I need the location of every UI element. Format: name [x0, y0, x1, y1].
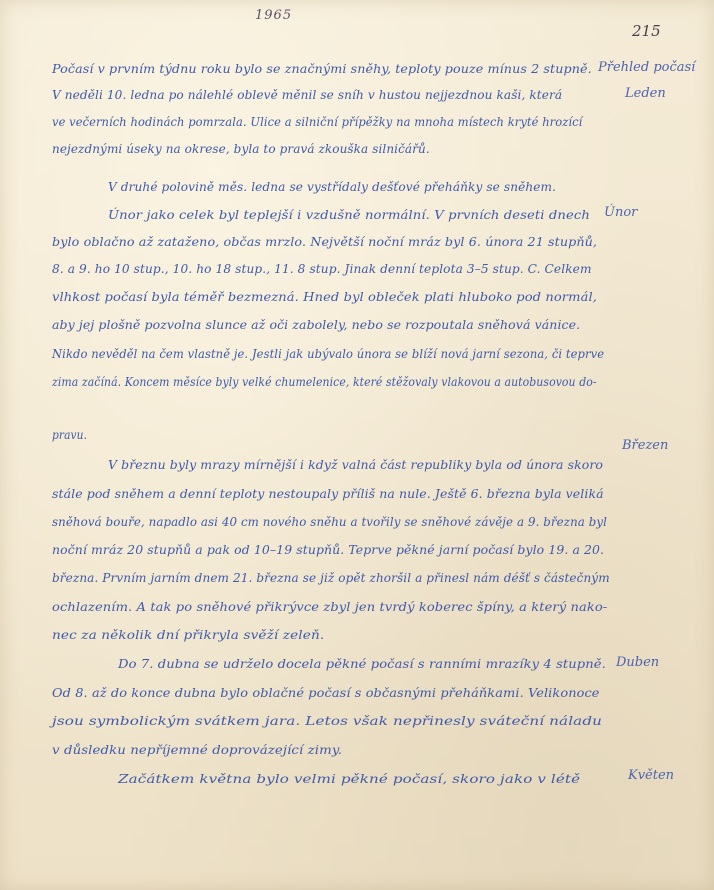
text-line: v důsledku nepříjemné doprovázející zimy…: [52, 743, 342, 757]
text-line: Do 7. dubna se udrželo docela pěkné poča…: [118, 657, 606, 671]
margin-note-may: Květen: [628, 768, 674, 783]
text-line: ochlazením. A tak po sněhové přikrývce z…: [52, 600, 607, 614]
text-line: ve večerních hodinách pomrzala. Ulice a …: [52, 115, 582, 129]
text-line: jsou symbolickým svátkem jara. Letos vša…: [52, 714, 602, 728]
text-line: V druhé polovině měs. ledna se vystřídal…: [108, 180, 556, 194]
text-line: 8. a 9. ho 10 stup., 10. ho 18 stup., 11…: [52, 262, 592, 276]
text-line: Únor jako celek byl teplejší i vzdušně n…: [108, 208, 590, 222]
text-line: aby jej plošně pozvolna slunce až oči za…: [52, 318, 580, 332]
text-line: bylo oblačno až zataženo, občas mrzlo. N…: [52, 235, 597, 249]
text-line: nejezdnými úseky na okrese, byla to prav…: [52, 142, 430, 156]
text-line: pravu.: [52, 428, 87, 442]
text-line: V březnu byly mrazy mírnější i když valn…: [108, 458, 603, 472]
text-line: vlhkost počasí byla téměř bezmezná. Hned…: [52, 290, 597, 304]
text-line: stále pod sněhem a denní teploty nestoup…: [52, 487, 604, 501]
text-line: Nikdo nevěděl na čem vlastně je. Jestli …: [52, 347, 604, 361]
notebook-page: 1965 215 Přehled počasí Leden Únor Březe…: [0, 0, 714, 890]
margin-note-april: Duben: [616, 655, 659, 670]
margin-note-january: Leden: [625, 86, 666, 101]
margin-note-weather-overview: Přehled počasí: [598, 60, 695, 75]
page-number: 215: [632, 22, 661, 40]
text-line: Začátkem května bylo velmi pěkné počasí,…: [118, 772, 580, 786]
margin-note-march: Březen: [622, 438, 668, 453]
margin-note-february: Únor: [604, 205, 637, 220]
year-heading: 1965: [255, 8, 292, 23]
text-line: Od 8. až do konce dubna bylo oblačné poč…: [52, 686, 600, 700]
text-line: zima začíná. Koncem měsíce byly velké ch…: [52, 375, 597, 389]
text-line: sněhová bouře, napadlo asi 40 cm nového …: [52, 515, 607, 529]
text-line: Počasí v prvním týdnu roku bylo se značn…: [52, 62, 592, 76]
text-line: V neděli 10. ledna po nálehlé oblevě měn…: [52, 88, 562, 102]
text-line: nec za několik dní přikryla svěží zeleň.: [52, 628, 324, 642]
text-line: března. Prvním jarním dnem 21. března se…: [52, 571, 610, 585]
text-line: noční mráz 20 stupňů a pak od 10–19 stup…: [52, 543, 604, 557]
